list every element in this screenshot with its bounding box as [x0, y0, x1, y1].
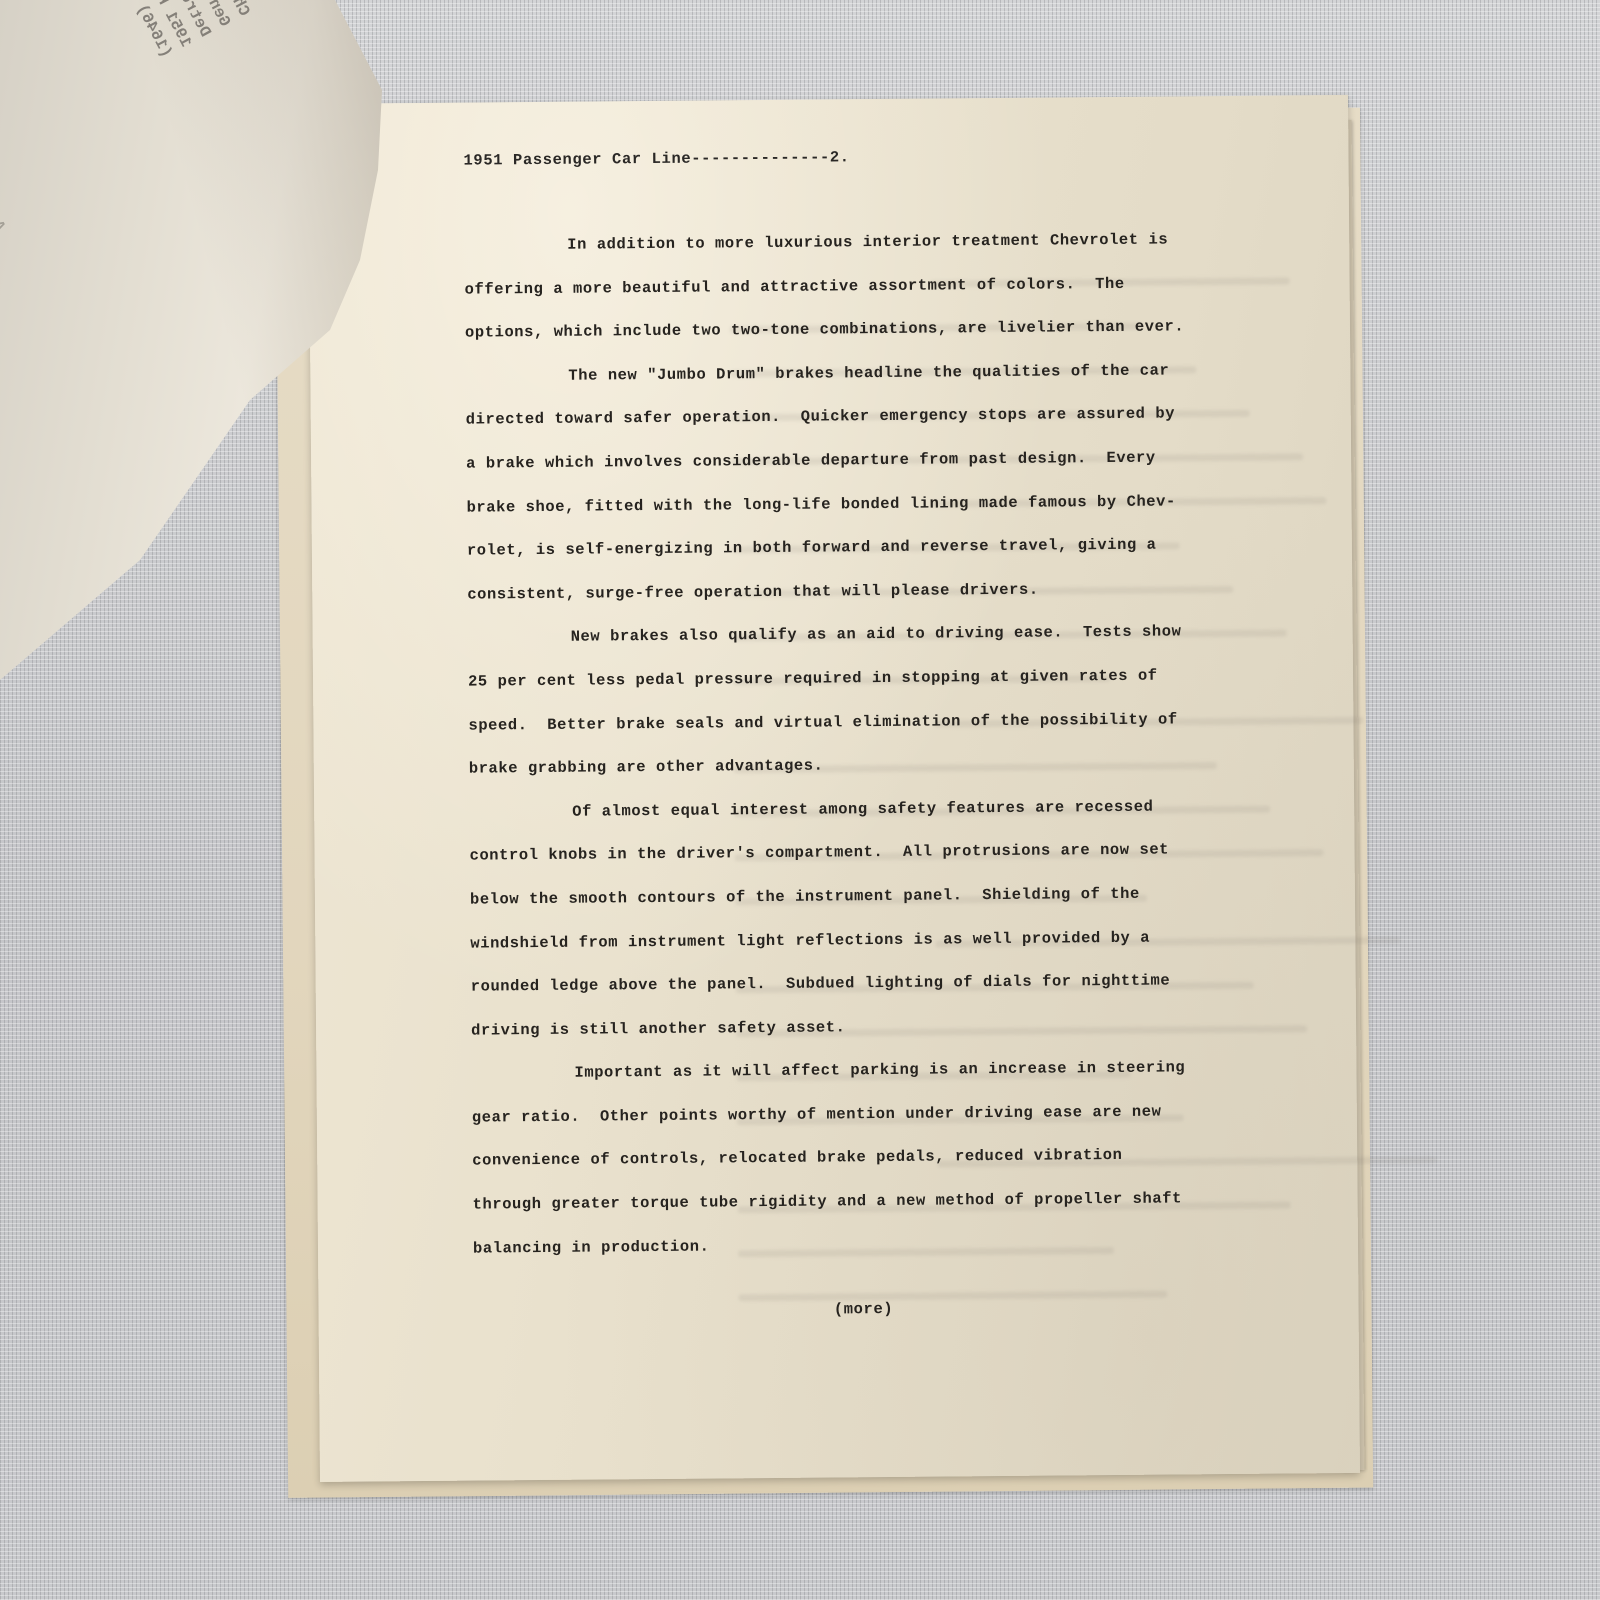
- paragraph-first-line: In addition to more luxurious interior t…: [464, 218, 1244, 268]
- paragraph-line: control knobs in the driver's compartmen…: [469, 828, 1249, 878]
- curled-previous-page[interactable]: Chevrolet MotoGeneral MotorDetroit 2, Mi…: [0, 0, 400, 700]
- page-content: 1951 Passenger Car Line--------------2. …: [463, 142, 1253, 1271]
- paragraph-line: balancing in production.: [473, 1220, 1253, 1270]
- paragraph-line: speed. Better brake seals and virtual el…: [468, 697, 1248, 747]
- paragraph-line: driving is still another safety asset.: [471, 1002, 1251, 1052]
- paragraph-line: rounded ledge above the panel. Subdued l…: [471, 959, 1251, 1009]
- paragraph-line: 25 per cent less pedal pressure required…: [468, 654, 1248, 704]
- typed-page: 1951 Passenger Car Line--------------2. …: [308, 95, 1360, 1482]
- paragraph-first-line: Important as it will affect parking is a…: [471, 1046, 1251, 1096]
- paragraph-line: convenience of controls, relocated brake…: [472, 1133, 1252, 1183]
- paragraph-line: below the smooth contours of the instrum…: [470, 872, 1250, 922]
- paragraph-line: rolet, is self-energizing in both forwar…: [467, 523, 1247, 573]
- page-header: 1951 Passenger Car Line--------------2.: [463, 142, 1243, 173]
- paragraph-line: offering a more beautiful and attractive…: [464, 261, 1244, 311]
- body-text: In addition to more luxurious interior t…: [464, 218, 1253, 1271]
- paragraph-line: options, which include two two-tone comb…: [465, 305, 1245, 355]
- paragraph-line: a brake which involves considerable depa…: [466, 436, 1246, 486]
- paragraph-line: brake shoe, fitted with the long-life bo…: [466, 479, 1246, 529]
- paragraph-first-line: New brakes also qualify as an aid to dri…: [467, 610, 1247, 660]
- paragraph-line: windshield from instrument light reflect…: [470, 915, 1250, 965]
- paragraph-line: consistent, surge-free operation that wi…: [467, 567, 1247, 617]
- continued-marker: (more): [473, 1297, 1253, 1322]
- paragraph-line: gear ratio. Other points worthy of menti…: [472, 1090, 1252, 1140]
- paragraph-line: directed toward safer operation. Quicker…: [466, 392, 1246, 442]
- paragraph-first-line: Of almost equal interest among safety fe…: [469, 785, 1249, 835]
- paragraph-line: brake grabbing are other advantages.: [469, 741, 1249, 791]
- paragraph-line: through greater torque tube rigidity and…: [472, 1177, 1252, 1227]
- paragraph-first-line: The new "Jumbo Drum" brakes headline the…: [465, 349, 1245, 399]
- curl-shadow: [0, 0, 400, 700]
